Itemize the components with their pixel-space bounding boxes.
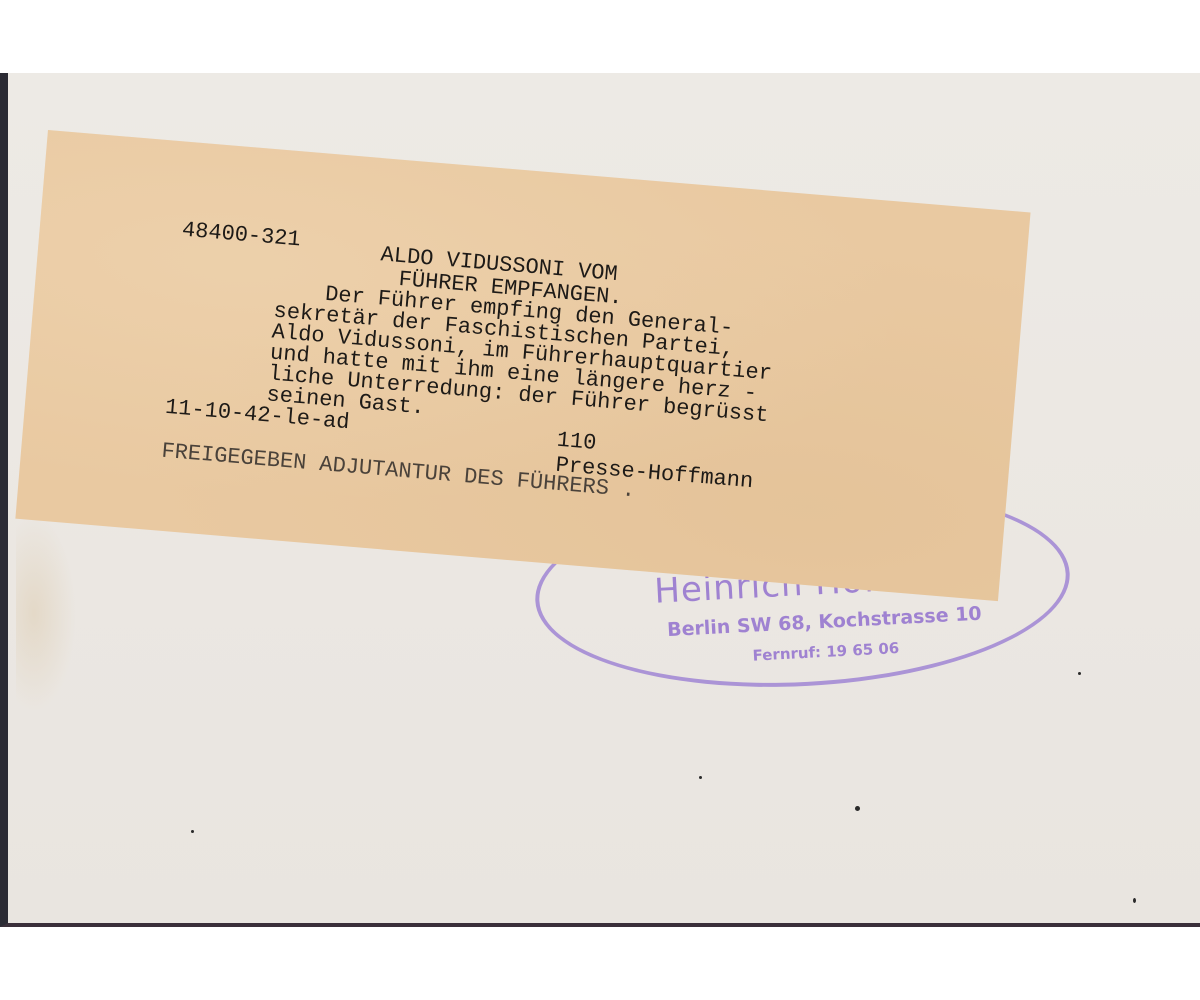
dust-speck <box>699 776 702 779</box>
dust-speck <box>1078 672 1081 675</box>
reference-number: 48400-321 <box>181 220 301 252</box>
dust-speck <box>855 806 860 811</box>
caption-label: 48400-321 ALDO VIDUSSONI VOM FÜHRER EMPF… <box>15 130 1030 601</box>
item-number: 110 <box>556 430 597 455</box>
dust-speck <box>1133 898 1136 903</box>
dust-speck <box>191 830 194 833</box>
paper-stain <box>16 513 76 713</box>
